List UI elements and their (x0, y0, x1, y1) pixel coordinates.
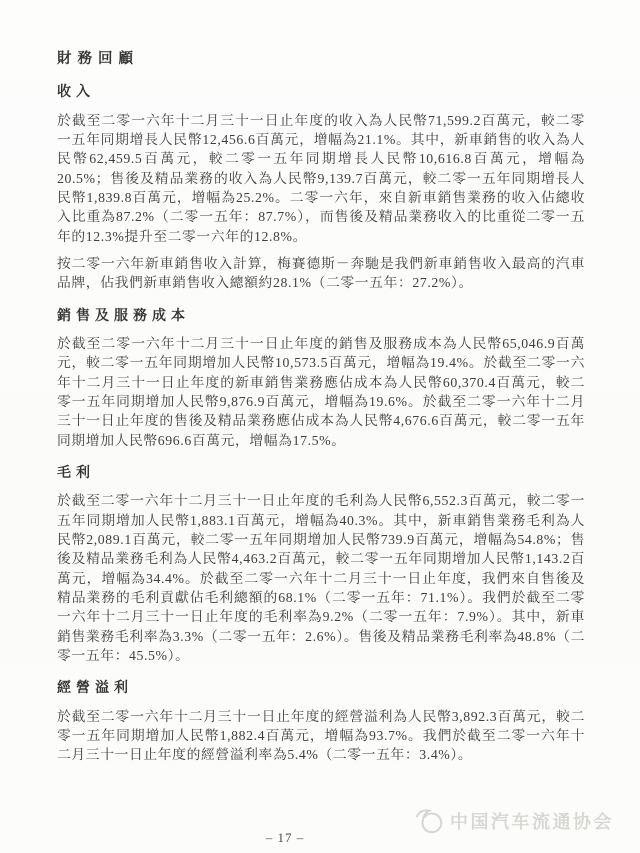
section-heading-cost-of-sales: 銷售及服務成本 (57, 307, 585, 326)
cost-of-sales-paragraph: 於截至二零一六年十二月三十一日止年度的銷售及服務成本為人民幣65,046.9百萬… (57, 334, 585, 450)
watermark: 中国汽车流通协会 (415, 807, 614, 835)
operating-profit-paragraph: 於截至二零一六年十二月三十一日止年度的經營溢利為人民幣3,892.3百萬元，較二… (57, 707, 585, 765)
page-title: 財務回顧 (57, 50, 585, 69)
section-gross-profit: 毛利 於截至二零一六年十二月三十一日止年度的毛利為人民幣6,552.3百萬元，較… (57, 464, 585, 665)
section-cost-of-sales: 銷售及服務成本 於截至二零一六年十二月三十一日止年度的銷售及服務成本為人民幣65… (57, 307, 585, 450)
gross-profit-paragraph: 於截至二零一六年十二月三十一日止年度的毛利為人民幣6,552.3百萬元，較二零一… (57, 491, 585, 665)
revenue-paragraph-2: 按二零一六年新車銷售收入計算，梅賽德斯－奔馳是我們新車銷售收入最高的汽車品牌，佔… (57, 254, 585, 293)
section-revenue: 收入 於截至二零一六年十二月三十一日止年度的收入為人民幣71,599.2百萬元，… (57, 83, 585, 292)
revenue-paragraph-1: 於截至二零一六年十二月三十一日止年度的收入為人民幣71,599.2百萬元，較二零… (57, 111, 585, 246)
document-page: 財務回顧 收入 於截至二零一六年十二月三十一日止年度的收入為人民幣71,599.… (0, 0, 640, 853)
watermark-text: 中国汽车流通协会 (450, 808, 614, 834)
section-operating-profit: 經營溢利 於截至二零一六年十二月三十一日止年度的經營溢利為人民幣3,892.3百… (57, 679, 585, 764)
section-heading-operating-profit: 經營溢利 (57, 679, 585, 698)
watermark-logo-icon (415, 807, 445, 835)
section-heading-gross-profit: 毛利 (57, 464, 585, 483)
section-heading-revenue: 收入 (57, 83, 585, 102)
